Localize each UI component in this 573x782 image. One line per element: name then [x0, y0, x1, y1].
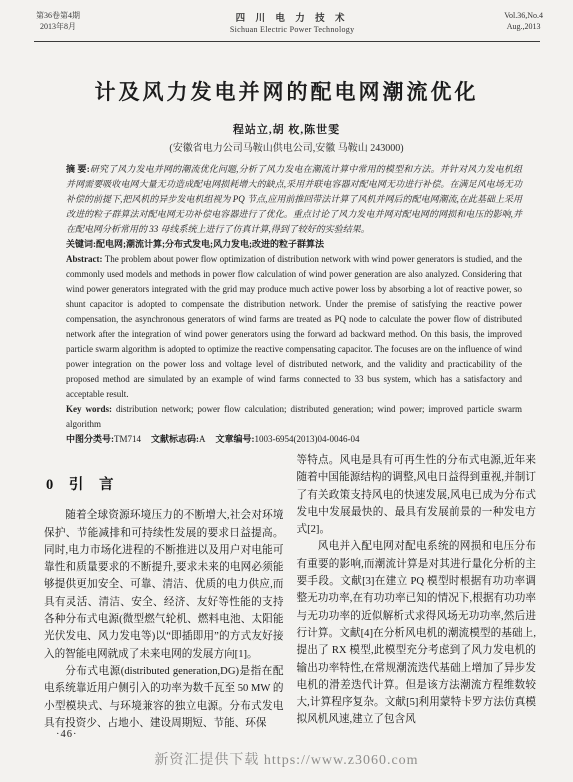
- article-affiliation: (安徽省电力公司马鞍山供电公司,安徽 马鞍山 243000): [0, 139, 573, 154]
- journal-title-cn: 四 川 电 力 技 术: [230, 10, 355, 24]
- keywords-en-text: distribution network; power flow calcula…: [66, 404, 522, 429]
- journal-title-en: Sichuan Electric Power Technology: [230, 25, 355, 34]
- abstract-block: 摘 要:研究了风力发电并网的潮流优化问题,分析了风力发电在潮流计算中常用的模型和…: [66, 162, 522, 447]
- body-columns: 0 引 言 随着全球资源环境压力的不断增大,社会对环境保护、节能减排和可持续性发…: [44, 452, 536, 732]
- keywords-cn-text: 配电网;潮流计算;分布式发电;风力发电;改进的粒子群算法: [96, 239, 324, 249]
- keywords-en: Key words: distribution network; power f…: [66, 402, 522, 432]
- header-issue-block-cn: 第36卷第4期 2013年8月: [36, 10, 80, 32]
- page-number: ·46·: [56, 729, 78, 740]
- journal-volume-en: Vol.36,No.4: [504, 10, 543, 21]
- article-authors: 程站立,胡 枚,陈世雯: [0, 121, 573, 137]
- section-heading-introduction: 0 引 言: [46, 477, 284, 494]
- body-paragraph: 风电并入配电网对配电系统的网损和电压分布有重要的影响,而潮流计算是对其进行量化分…: [297, 538, 537, 728]
- page-header: 第36卷第4期 2013年8月 四 川 电 力 技 术 Sichuan Elec…: [36, 10, 543, 34]
- keywords-en-label: Key words:: [66, 404, 112, 414]
- right-column: 等特点。风电是具有可再生性的分布式电源,近年来随着中国能源结构的调整,风电日益得…: [297, 452, 537, 732]
- abstract-cn-text: 研究了风力发电并网的潮流优化问题,分析了风力发电在潮流计算中常用的模型和方法。并…: [66, 164, 522, 234]
- abstract-en-label: Abstract:: [66, 254, 103, 264]
- journal-page: 第36卷第4期 2013年8月 四 川 电 力 技 术 Sichuan Elec…: [0, 0, 573, 782]
- abstract-en-text: The problem about power flow optimizatio…: [66, 254, 522, 399]
- article-no-label: 文章编号:: [216, 434, 255, 444]
- header-issue-block-en: Vol.36,No.4 Aug.,2013: [504, 10, 543, 32]
- abstract-cn: 摘 要:研究了风力发电并网的潮流优化问题,分析了风力发电在潮流计算中常用的模型和…: [66, 162, 522, 237]
- article-title: 计及风力发电并网的配电网潮流优化: [0, 76, 573, 106]
- article-no-value: 1003-6954(2013)04-0046-04: [255, 434, 360, 444]
- body-paragraph: 分布式电源(distributed generation,DG)是指在配电系统靠…: [44, 663, 284, 732]
- clc-label: 中图分类号:: [66, 434, 114, 444]
- clc-value: TM714: [114, 434, 141, 444]
- abstract-en: Abstract: The problem about power flow o…: [66, 252, 522, 402]
- keywords-cn: 关键词:配电网;潮流计算;分布式发电;风力发电;改进的粒子群算法: [66, 237, 522, 252]
- journal-title-block: 四 川 电 力 技 术 Sichuan Electric Power Techn…: [230, 10, 355, 34]
- doc-code-value: A: [199, 434, 206, 444]
- download-watermark: 新资汇提供下载 https://www.z3060.com: [0, 749, 573, 769]
- classification-line: 中图分类号:TM714文献标志码:A文章编号:1003-6954(2013)04…: [66, 432, 522, 447]
- journal-date-en: Aug.,2013: [504, 21, 543, 32]
- header-divider: [34, 41, 540, 42]
- journal-volume-cn: 第36卷第4期: [36, 10, 80, 21]
- keywords-cn-label: 关键词:: [66, 239, 96, 249]
- journal-date-cn: 2013年8月: [36, 21, 80, 32]
- doc-code-label: 文献标志码:: [151, 434, 199, 444]
- left-column: 0 引 言 随着全球资源环境压力的不断增大,社会对环境保护、节能减排和可持续性发…: [44, 452, 284, 732]
- body-paragraph: 等特点。风电是具有可再生性的分布式电源,近年来随着中国能源结构的调整,风电日益得…: [297, 452, 537, 538]
- body-paragraph: 随着全球资源环境压力的不断增大,社会对环境保护、节能减排和可持续性发展的要求日益…: [44, 507, 284, 663]
- abstract-cn-label: 摘 要:: [66, 164, 90, 174]
